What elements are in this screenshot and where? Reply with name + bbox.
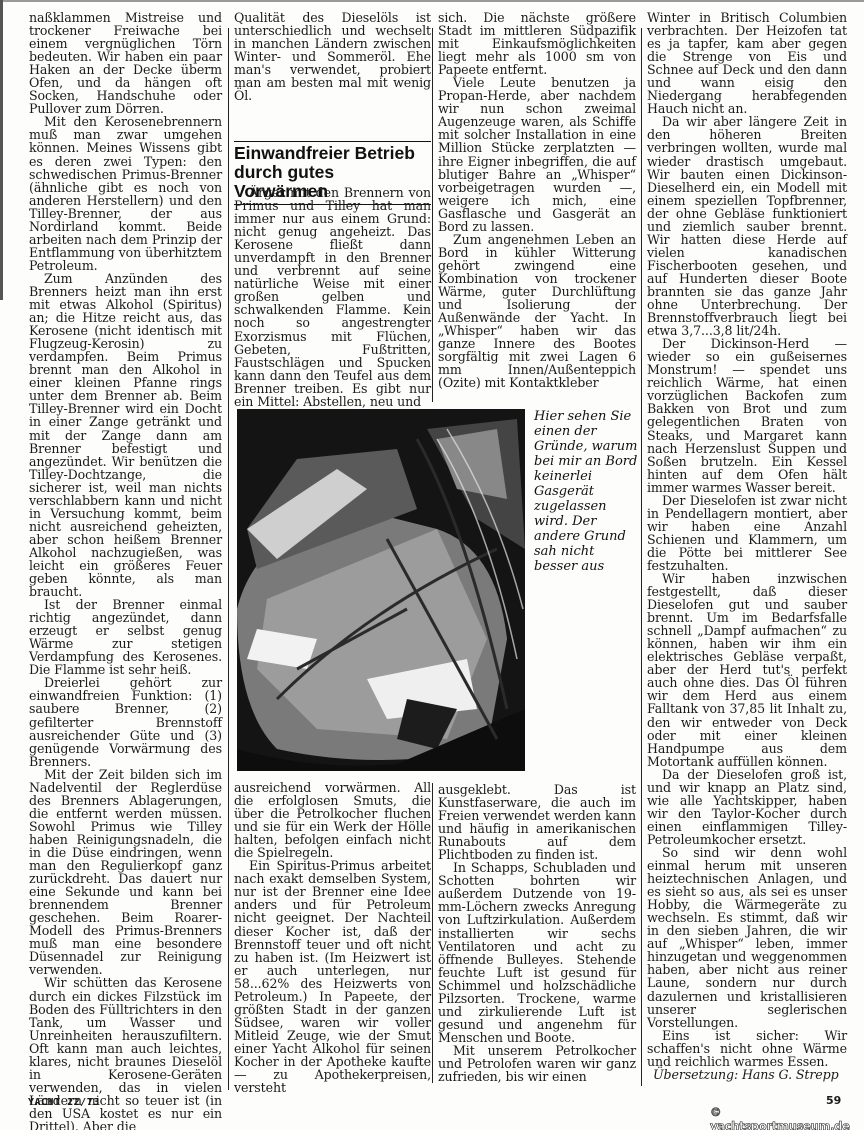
- paragraph: Wir haben inzwischen festgestellt, daß d…: [647, 572, 847, 768]
- paragraph: Mit unserem Petrolkocher und Petrolofen …: [438, 1044, 636, 1083]
- paragraph: Qualität des Dieselöls ist unterschiedli…: [234, 11, 431, 102]
- paragraph: Da wir aber längere Zeit in den höheren …: [647, 115, 847, 337]
- watermark: © yachtsportmuseum.de: [710, 1105, 864, 1130]
- left-edge: [0, 0, 3, 300]
- paragraph: Ein Spiritus-Primus arbeitet nach exakt …: [234, 859, 431, 1094]
- paragraph: Zum Anzünden des Brenners heizt man ihn …: [29, 272, 222, 598]
- issue-label: YACHT 22/73: [28, 1097, 100, 1108]
- paragraph: Zum angenehmen Leben an Bord in kühler W…: [438, 233, 636, 390]
- column-rule: [432, 783, 433, 1083]
- paragraph: sich. Die nächste größere Stadt im mittl…: [438, 11, 636, 76]
- headline-line-1: Einwandfreier Betrieb: [234, 144, 431, 163]
- paragraph: Ist der Brenner einmal richtig angezünde…: [29, 598, 222, 676]
- paragraph: Eins ist sicher: Wir schaffen's nicht oh…: [647, 1029, 847, 1068]
- article-column-4: Winter in Britisch Columbien verbrachten…: [647, 11, 847, 1081]
- paragraph: naßklammen Mistreise und trockener Freiw…: [29, 11, 222, 115]
- translation-credit: Übersetzung: Hans G. Strepp: [647, 1068, 847, 1081]
- article-column-2-bottom: ausreichend vorwärmen. All die erfolglos…: [234, 781, 431, 1094]
- column-rule: [228, 28, 229, 1090]
- paragraph: Viele Leute benutzen ja Propan-Herde, ab…: [438, 76, 636, 233]
- paragraph: ausgeklebt. Das ist Kunstfaserware, die …: [438, 783, 636, 861]
- article-column-3-top: sich. Die nächste größere Stadt im mittl…: [438, 11, 636, 389]
- wrecked-yacht-photo: [237, 409, 525, 771]
- top-border: [0, 0, 864, 2]
- paragraph: Der Dickinson-Herd — wieder so ein gußei…: [647, 337, 847, 494]
- paragraph: So sind wir denn wohl einmal herum mit u…: [647, 846, 847, 1029]
- paragraph: Der Dieselofen ist zwar nicht in Pendell…: [647, 494, 847, 572]
- photo-illustration: [237, 409, 525, 771]
- paragraph: Da der Dieselofen groß ist, und wir knap…: [647, 768, 847, 846]
- paragraph: Ärger mit den Brennern von Primus und Ti…: [234, 186, 431, 408]
- paragraph: Mit den Kerosenebrennern muß man zwar um…: [29, 115, 222, 272]
- paragraph: In Schapps, Schubladen und Schotten bohr…: [438, 861, 636, 1044]
- paragraph: ausreichend vorwärmen. All die erfolglos…: [234, 781, 431, 859]
- column-rule: [432, 28, 433, 402]
- paragraph: Winter in Britisch Columbien verbrachten…: [647, 11, 847, 115]
- paragraph: Mit der Zeit bilden sich im Nadelventil …: [29, 768, 222, 977]
- article-column-1: naßklammen Mistreise und trockener Freiw…: [29, 11, 222, 1130]
- article-column-2-mid: Ärger mit den Brennern von Primus und Ti…: [234, 186, 431, 408]
- article-column-3-bottom: ausgeklebt. Das ist Kunstfaserware, die …: [438, 783, 636, 1083]
- photo-caption: Hier sehen Sie einen der Gründe, warum b…: [534, 409, 640, 574]
- column-rule: [641, 28, 642, 1086]
- article-column-2-top: Qualität des Dieselöls ist unterschiedli…: [234, 11, 431, 102]
- paragraph: Dreierlei gehört zur einwandfreien Funkt…: [29, 676, 222, 767]
